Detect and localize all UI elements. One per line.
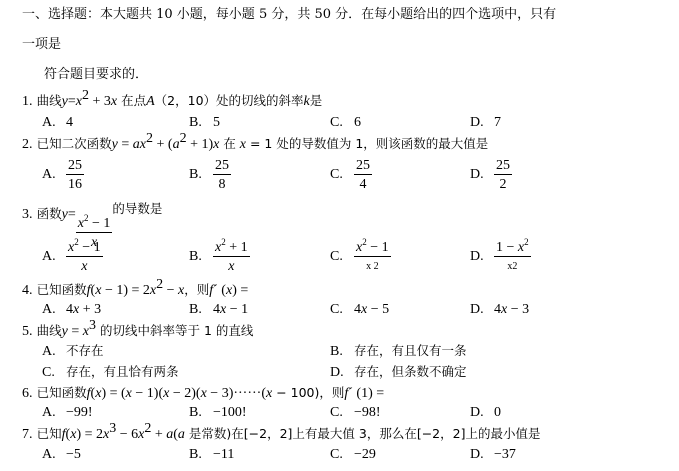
q5-option-a[interactable]: A.不存在 (42, 343, 104, 360)
q3-option-c[interactable]: C.x2 − 1x 2 (330, 240, 391, 274)
option-label: B. (330, 344, 354, 360)
stem-var: a (173, 137, 180, 152)
option-value: −11 (213, 447, 234, 462)
question-number: 7. (22, 427, 33, 442)
stem-exp: 2 (82, 88, 89, 103)
denominator: x (228, 257, 234, 274)
question-6: 6. 已知函数f(x) = (x − 1)(x − 2)(x − 3)·····… (22, 385, 384, 402)
option-label: D. (470, 447, 494, 463)
numerator-pre: 1 − (496, 240, 518, 255)
question-number: 1. (22, 94, 33, 109)
stem-text: − (163, 283, 178, 298)
option-value: − 5 (367, 302, 389, 317)
stem-text: + 3 (89, 94, 111, 109)
option-value: 存在，但条数不确定 (354, 364, 467, 379)
stem-text: 已知二次函数 (37, 136, 112, 151)
stem-text: 是常数)在[−2，2]上有最大值 3，那么在[−2，2]上的最小值是 (185, 426, 541, 441)
option-label: C. (330, 447, 354, 463)
option-label: D. (470, 115, 494, 131)
q1-option-a[interactable]: A.4 (42, 115, 73, 131)
stem-text: = (118, 137, 133, 152)
denominator: 16 (68, 175, 82, 192)
numerator-exp: 2 (524, 237, 529, 247)
stem-var: ax (133, 137, 146, 152)
option-value: + 3 (79, 302, 101, 317)
stem-text: − 2)( (169, 386, 200, 401)
stem-exp: 2 (180, 131, 187, 146)
question-5: 5. 曲线y = x3 的切线中斜率等于 1 的直线 (22, 323, 253, 340)
option-label: B. (189, 405, 213, 421)
question-number: 2. (22, 137, 33, 152)
option-value: −29 (354, 447, 376, 462)
stem-var: A (146, 94, 155, 109)
option-value: − 1 (226, 302, 248, 317)
question-number: 6. (22, 386, 33, 401)
q4-option-b[interactable]: B.4x − 1 (189, 302, 248, 318)
stem-text: ´ ( (213, 283, 226, 298)
option-value: 4 (66, 115, 73, 130)
numerator-rest: + 1 (226, 240, 248, 255)
option-value: 不存在 (66, 343, 104, 358)
stem-text: − 100)，则 (272, 385, 344, 400)
stem-text: 曲线 (37, 323, 62, 338)
option-label: B. (189, 249, 213, 265)
stem-text: 在点 (117, 93, 146, 108)
numerator: 25 (66, 158, 84, 175)
numerator: 25 (213, 158, 231, 175)
stem-text: = (68, 324, 83, 339)
stem-text: ) = ( (101, 386, 125, 401)
stem-text: + (151, 427, 166, 442)
option-value: −37 (494, 447, 516, 462)
option-label: B. (189, 302, 213, 318)
option-label: A. (42, 167, 66, 183)
option-value: 存在，有且恰有两条 (66, 364, 179, 379)
option-label: D. (470, 302, 494, 318)
stem-text: 已知函数 (37, 282, 87, 297)
q7-option-b[interactable]: B.−11 (189, 447, 234, 463)
q3-option-d[interactable]: D.1 − x2x2 (470, 240, 531, 274)
stem-text: + ( (153, 137, 173, 152)
option-label: A. (42, 249, 66, 265)
stem-text: = (68, 207, 76, 222)
question-1: 1. 曲线y=x2 + 3x 在点A（2，10）处的切线的斜率k是 (22, 93, 322, 110)
q2-option-a[interactable]: A.2516 (42, 158, 84, 192)
stem-text: ) = 2 (76, 427, 103, 442)
fraction: x2 + 1x (213, 240, 250, 274)
fraction: x2 − 1x (66, 240, 103, 274)
stem-text: − 3)······( (207, 386, 266, 401)
option-label: A. (42, 405, 66, 421)
q2-option-b[interactable]: B.258 (189, 158, 231, 192)
option-value: − 3 (507, 302, 529, 317)
stem-text: ，则 (184, 282, 209, 297)
option-label: C. (330, 249, 354, 265)
q3-option-a[interactable]: A.x2 − 1x (42, 240, 103, 274)
denominator: x2 (507, 257, 517, 274)
question-number: 5. (22, 324, 33, 339)
q6-option-d[interactable]: D.0 (470, 405, 501, 421)
option-value: 4 (494, 302, 501, 317)
stem-text: 曲线 (37, 93, 62, 108)
q5-option-d[interactable]: D.存在，但条数不确定 (330, 364, 467, 381)
fraction: 258 (213, 158, 231, 192)
stem-text: 是 (310, 93, 323, 108)
q4-option-d[interactable]: D.4x − 3 (470, 302, 529, 318)
q7-option-c[interactable]: C.−29 (330, 447, 376, 463)
numerator: 25 (354, 158, 372, 175)
q4-option-c[interactable]: C.4x − 5 (330, 302, 389, 318)
denominator: 8 (219, 175, 226, 192)
stem-text: 已知函数 (37, 385, 87, 400)
option-label: B. (189, 447, 213, 463)
option-label: C. (42, 365, 66, 381)
stem-text: = (68, 94, 76, 109)
q2-option-c[interactable]: C.254 (330, 158, 372, 192)
question-4: 4. 已知函数f(x − 1) = 2x2 − x，则f´ (x) = (22, 282, 248, 299)
option-value: −100! (213, 405, 247, 420)
option-label: C. (330, 405, 354, 421)
section-heading: 一、选择题：本大题共 10 小题，每小题 5 分，共 50 分．在每小题给出的四… (22, 7, 556, 23)
numerator-rest: − 1 (89, 216, 111, 231)
option-value: −99! (66, 405, 93, 420)
fraction: x2 − 1x 2 (354, 240, 391, 274)
option-label: C. (330, 167, 354, 183)
stem-text: ) = (232, 283, 248, 298)
stem-text: 的切线中斜率等于 1 的直线 (96, 323, 253, 338)
option-value: 5 (213, 115, 220, 130)
q6-option-b[interactable]: B.−100! (189, 405, 247, 421)
question-number: 4. (22, 283, 33, 298)
fraction: 2516 (66, 158, 84, 192)
stem-text: − 1) = 2 (101, 283, 149, 298)
q7-option-d[interactable]: D.−37 (470, 447, 516, 463)
stem-text: ´ (1) = (348, 386, 384, 401)
stem-var: a (178, 427, 185, 442)
stem-text: 已知 (37, 426, 62, 441)
q5-option-b[interactable]: B.存在，有且仅有一条 (330, 343, 467, 360)
option-label: A. (42, 115, 66, 131)
option-value: 6 (354, 115, 361, 130)
q2-option-d[interactable]: D.252 (470, 158, 512, 192)
option-value: 存在，有且仅有一条 (354, 343, 467, 358)
option-value: 4 (213, 302, 220, 317)
option-value: 0 (494, 405, 501, 420)
stem-text: = 1 处的导数值为 1，则该函数的最大值是 (246, 136, 488, 151)
numerator-rest: − 1 (367, 240, 389, 255)
option-label: D. (470, 249, 494, 265)
question-number: 3. (22, 207, 33, 222)
option-label: B. (189, 167, 213, 183)
stem-exp: 2 (146, 131, 153, 146)
stem-exp: 3 (89, 318, 96, 333)
q6-option-a[interactable]: A.−99! (42, 405, 93, 421)
question-7: 7. 已知f(x) = 2x3 − 6x2 + a(a 是常数)在[−2，2]上… (22, 426, 540, 443)
denominator: 4 (360, 175, 367, 192)
stem-text: + 1) (187, 137, 214, 152)
option-value: 7 (494, 115, 501, 130)
option-label: B. (189, 115, 213, 131)
option-label: A. (42, 344, 66, 360)
option-label: A. (42, 302, 66, 318)
stem-text: − 1)( (132, 386, 163, 401)
denominator: 2 (500, 175, 507, 192)
q7-option-a[interactable]: A.−5 (42, 447, 81, 463)
section-heading-cont: 一项是 (22, 37, 61, 53)
option-value: 4 (66, 302, 73, 317)
section-instruction: 符合题目要求的． (44, 67, 148, 83)
stem-text: 函数 (37, 206, 62, 221)
fraction: 254 (354, 158, 372, 192)
q5-option-c[interactable]: C.存在，有且恰有两条 (42, 364, 179, 381)
numerator-rest: − 1 (79, 240, 101, 255)
stem-text: 在 (219, 136, 239, 151)
option-label: C. (330, 302, 354, 318)
option-label: D. (470, 167, 494, 183)
option-value: −5 (66, 447, 81, 462)
question-2: 2. 已知二次函数y = ax2 + (a2 + 1)x 在 x = 1 处的导… (22, 136, 488, 153)
option-value: −98! (354, 405, 381, 420)
stem-text: 的导数是 (112, 201, 162, 216)
option-value: 4 (354, 302, 361, 317)
denominator: x 2 (366, 257, 379, 274)
denominator: x (81, 257, 87, 274)
q1-option-c[interactable]: C.6 (330, 115, 361, 131)
stem-text: （2，10）处的切线的斜率 (155, 93, 304, 108)
q6-option-c[interactable]: C.−98! (330, 405, 381, 421)
q4-option-a[interactable]: A.4x + 3 (42, 302, 101, 318)
fraction: 252 (494, 158, 512, 192)
option-label: A. (42, 447, 66, 463)
option-label: C. (330, 115, 354, 131)
q1-option-b[interactable]: B.5 (189, 115, 220, 131)
q3-option-b[interactable]: B.x2 + 1x (189, 240, 250, 274)
fraction: 1 − x2x2 (494, 240, 531, 274)
option-label: D. (330, 365, 354, 381)
stem-text: − 6 (116, 427, 138, 442)
option-label: D. (470, 405, 494, 421)
numerator: 25 (494, 158, 512, 175)
q1-option-d[interactable]: D.7 (470, 115, 501, 131)
